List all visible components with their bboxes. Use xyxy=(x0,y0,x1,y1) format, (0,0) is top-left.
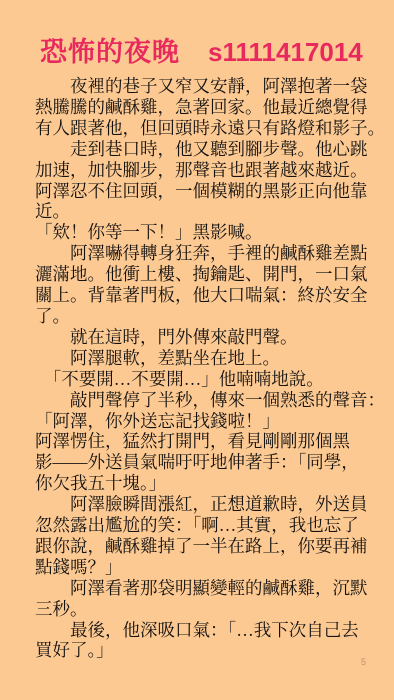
presentation-slide: 恐怖的夜晚 s1111417014 夜裡的巷子又窄又安靜，阿澤抱著一袋 熱騰騰的… xyxy=(0,0,394,700)
slide-page-number: 5 xyxy=(361,657,366,667)
story-body-text: 夜裡的巷子又窄又安靜，阿澤抱著一袋 熱騰騰的鹹酥雞，急著回家。他最近總覺得 有人… xyxy=(35,76,394,661)
slide-title-student-id: s1111417014 xyxy=(208,37,363,68)
slide-title-text: 恐怖的夜晚 xyxy=(40,30,180,69)
slide-title: 恐怖的夜晚 s1111417014 xyxy=(40,30,384,69)
